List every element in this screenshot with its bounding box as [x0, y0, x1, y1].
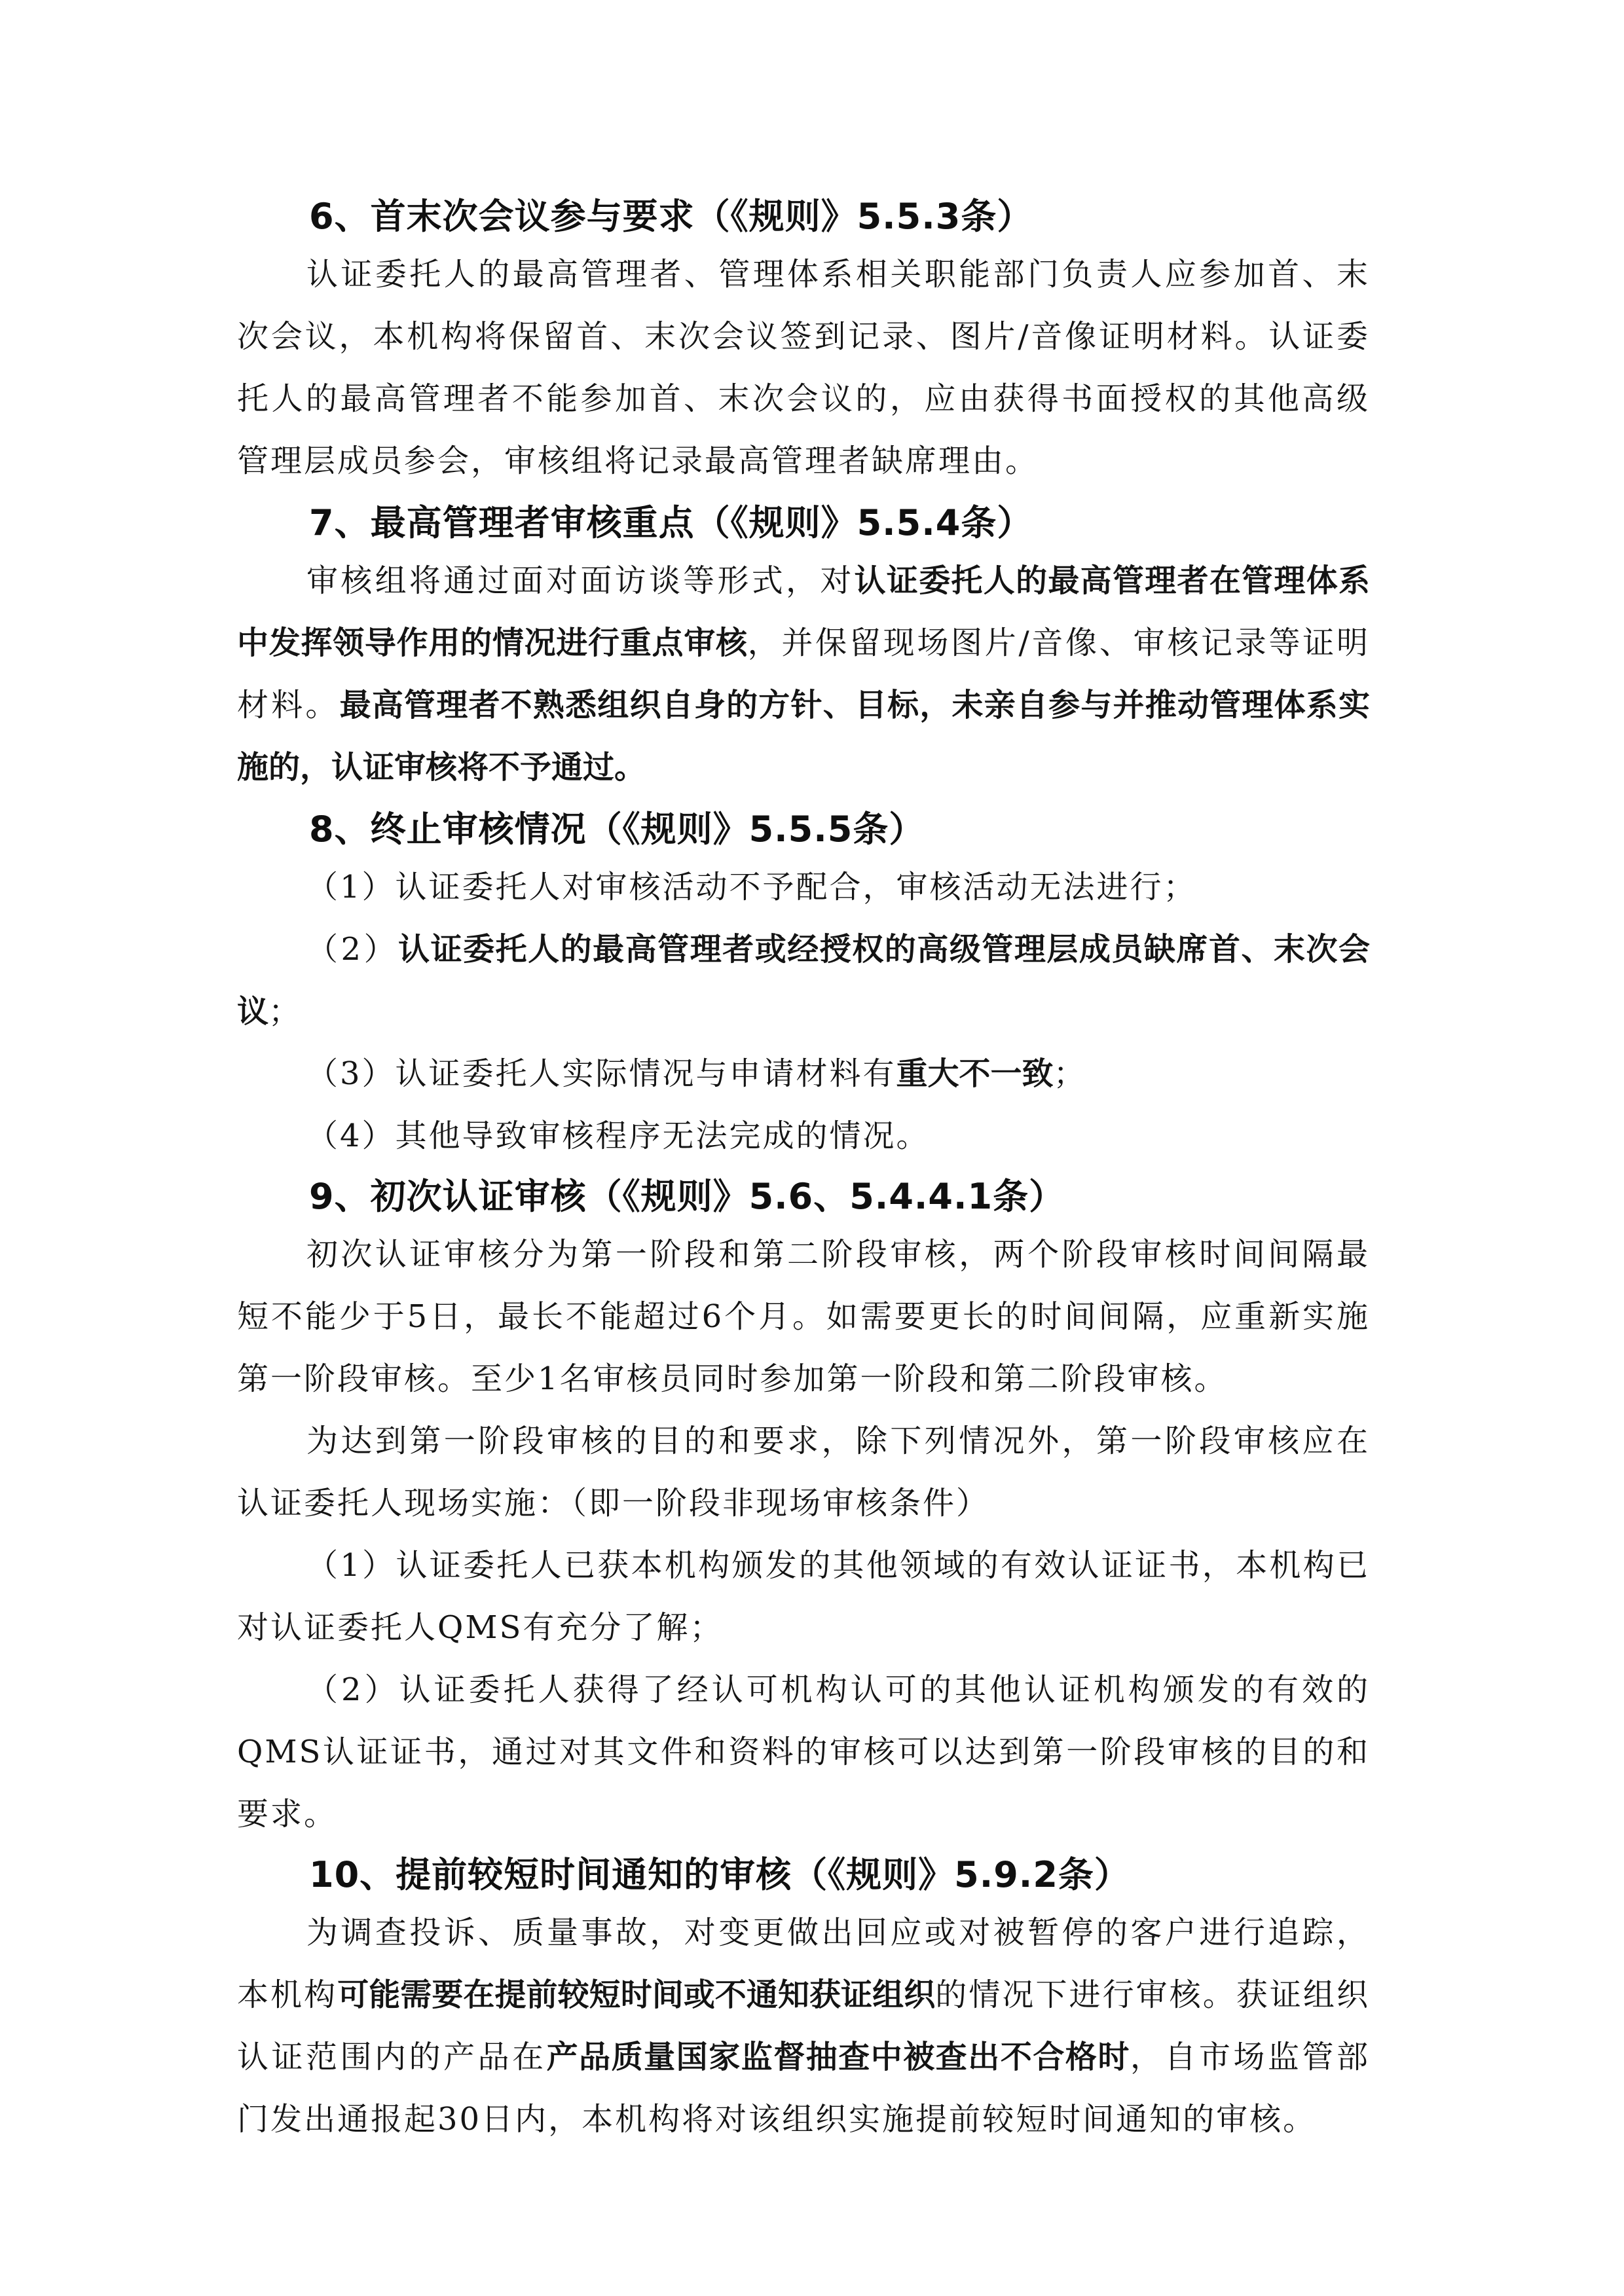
- paragraph: 为达到第一阶段审核的目的和要求，除下列情况外，第一阶段审核应在认证委托人现场实施…: [237, 1410, 1370, 1535]
- list-item: （3）认证委托人实际情况与申请材料有重大不一致；: [237, 1043, 1370, 1105]
- text-segment: ；: [268, 993, 302, 1030]
- section-10: 10、提前较短时间通知的审核（《规则》5.9.2条） 为调查投诉、质量事故，对变…: [237, 1848, 1370, 2151]
- section-9: 9、初次认证审核（《规则》5.6、5.4.4.1条） 初次认证审核分为第一阶段和…: [237, 1170, 1370, 1846]
- list-item: （1）认证委托人对审核活动不予配合，审核活动无法进行；: [237, 856, 1370, 919]
- section-heading: 6、首末次会议参与要求（《规则》5.5.3条）: [237, 190, 1370, 244]
- section-7: 7、最高管理者审核重点（《规则》5.5.4条） 审核组将通过面对面访谈等形式，对…: [237, 496, 1370, 799]
- text-segment: （2）认证委托人获得了经认可机构认可的其他认证机构颁发的有效的QMS认证证书，通…: [237, 1671, 1370, 1832]
- text-segment: （3）认证委托人实际情况与申请材料有: [306, 1055, 896, 1092]
- bold-text-segment: 可能需要在提前较短时间或不通知获证组织: [337, 1977, 935, 2013]
- bold-text-segment: 最高管理者不熟悉组织自身的方针、目标，未亲自参与并推动管理体系实施的，认证审核将…: [237, 687, 1370, 786]
- document-page: 6、首末次会议参与要求（《规则》5.5.3条） 认证委托人的最高管理者、管理体系…: [237, 190, 1370, 2151]
- section-6: 6、首末次会议参与要求（《规则》5.5.3条） 认证委托人的最高管理者、管理体系…: [237, 190, 1370, 492]
- text-segment: 为达到第一阶段审核的目的和要求，除下列情况外，第一阶段审核应在认证委托人现场实施…: [237, 1423, 1370, 1522]
- bold-text-segment: 重大不一致: [896, 1055, 1054, 1092]
- text-segment: （2）: [306, 931, 398, 968]
- section-heading: 8、终止审核情况（《规则》5.5.5条）: [237, 803, 1370, 856]
- text-segment: 审核组将通过面对面访谈等形式，对: [306, 562, 855, 599]
- text-segment: ；: [1054, 1055, 1087, 1092]
- section-heading: 7、最高管理者审核重点（《规则》5.5.4条）: [237, 496, 1370, 550]
- text-segment: 认证委托人的最高管理者、管理体系相关职能部门负责人应参加首、末次会议，本机构将保…: [237, 256, 1370, 479]
- section-heading: 10、提前较短时间通知的审核（《规则》5.9.2条）: [237, 1848, 1370, 1902]
- bold-text-segment: 产品质量国家监督抽查中被查出不合格时: [547, 2039, 1130, 2075]
- text-segment: （1）认证委托人已获本机构颁发的其他领域的有效认证证书，本机构已对认证委托人QM…: [237, 1547, 1370, 1646]
- list-item: （2）认证委托人的最高管理者或经授权的高级管理层成员缺席首、末次会议；: [237, 919, 1370, 1043]
- section-heading: 9、初次认证审核（《规则》5.6、5.4.4.1条）: [237, 1170, 1370, 1224]
- list-item: （2）认证委托人获得了经认可机构认可的其他认证机构颁发的有效的QMS认证证书，通…: [237, 1659, 1370, 1846]
- list-item: （4）其他导致审核程序无法完成的情况。: [237, 1105, 1370, 1167]
- paragraph: 审核组将通过面对面访谈等形式，对认证委托人的最高管理者在管理体系中发挥领导作用的…: [237, 550, 1370, 799]
- bold-text-segment: 认证委托人的最高管理者或经授权的高级管理层成员缺席首、末次会议: [237, 931, 1370, 1030]
- paragraph: 初次认证审核分为第一阶段和第二阶段审核，两个阶段审核时间间隔最短不能少于5日，最…: [237, 1224, 1370, 1410]
- text-segment: 初次认证审核分为第一阶段和第二阶段审核，两个阶段审核时间间隔最短不能少于5日，最…: [237, 1236, 1370, 1397]
- text-segment: （4）其他导致审核程序无法完成的情况。: [306, 1118, 930, 1154]
- section-8: 8、终止审核情况（《规则》5.5.5条） （1）认证委托人对审核活动不予配合，审…: [237, 803, 1370, 1167]
- list-item: （1）认证委托人已获本机构颁发的其他领域的有效认证证书，本机构已对认证委托人QM…: [237, 1535, 1370, 1659]
- paragraph: 认证委托人的最高管理者、管理体系相关职能部门负责人应参加首、末次会议，本机构将保…: [237, 244, 1370, 492]
- paragraph: 为调查投诉、质量事故，对变更做出回应或对被暂停的客户进行追踪，本机构可能需要在提…: [237, 1902, 1370, 2151]
- text-segment: （1）认证委托人对审核活动不予配合，审核活动无法进行；: [306, 869, 1197, 905]
